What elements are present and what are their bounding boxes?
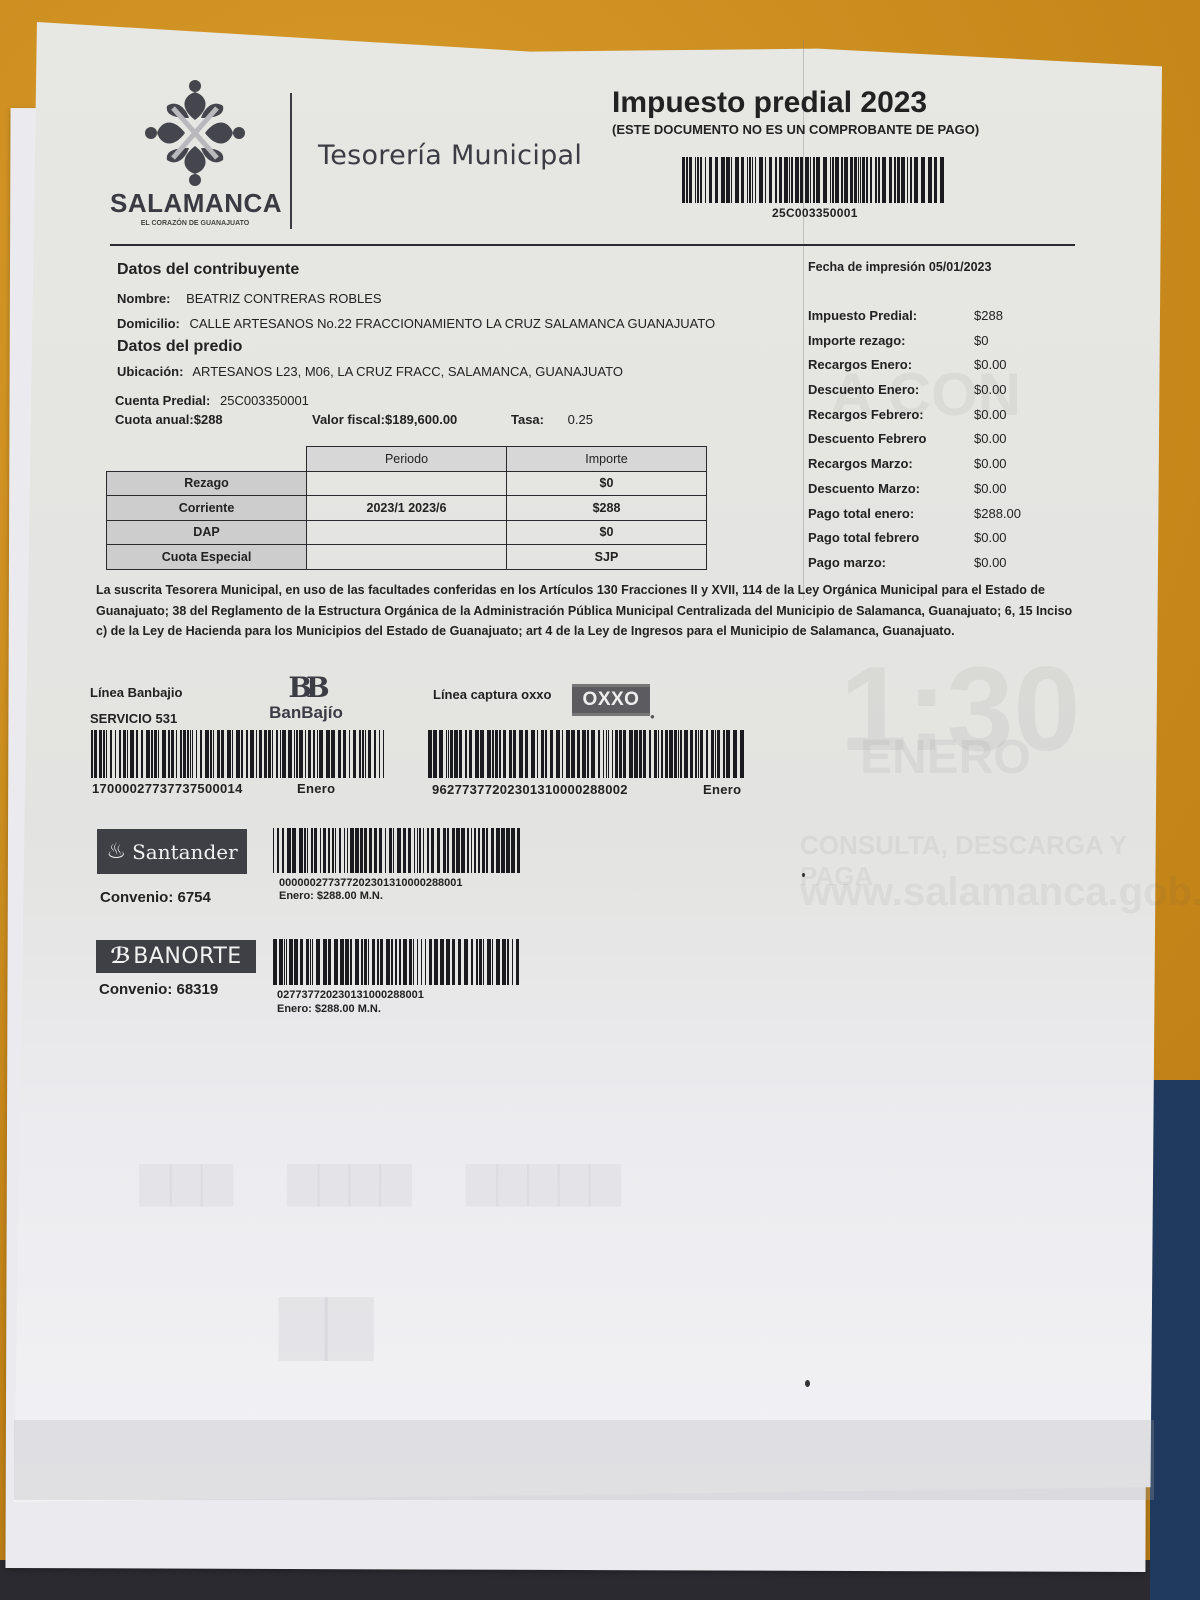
legal-text: La suscrita Tesorera Municipal, en uso d…	[96, 580, 1086, 642]
barcode-bar	[192, 730, 193, 778]
barcode-bar	[316, 939, 320, 985]
summary-row: Pago marzo:$0.00	[808, 555, 1048, 580]
barcode-bar	[374, 828, 377, 873]
barcode-bar	[171, 730, 174, 778]
account-barcode	[682, 157, 950, 203]
barcode-bar	[901, 157, 905, 203]
barcode-bar	[695, 730, 697, 778]
taxpayer-address-field: Domicilio: CALLE ARTESANOS No.22 FRACCIO…	[117, 316, 715, 331]
barcode-bar	[715, 730, 716, 778]
payment-summary: Impuesto Predial:$288Importe rezago:$0Re…	[808, 308, 1048, 580]
barcode-bar	[639, 730, 642, 778]
banbajio-month: Enero	[297, 781, 335, 796]
barcode-bar	[273, 828, 274, 873]
amount-column-header: Importe	[507, 447, 707, 472]
barcode-bar	[196, 730, 197, 778]
barcode-bar	[210, 730, 212, 778]
barcode-bar	[372, 939, 375, 985]
barcode-bar	[115, 730, 116, 778]
barcode-bar	[349, 730, 350, 778]
barcode-bar	[183, 730, 186, 778]
barcode-bar	[141, 730, 143, 778]
barcode-bar	[686, 157, 688, 203]
banorte-amount: Enero: $288.00 M.N.	[277, 1003, 381, 1016]
barcode-bar	[740, 730, 744, 778]
barcode-bar	[545, 730, 547, 778]
barcode-bar	[99, 730, 102, 778]
barcode-bar	[308, 730, 311, 778]
summary-label: Descuento Enero:	[808, 382, 919, 397]
barcode-bar	[471, 939, 473, 985]
barcode-bar	[678, 730, 679, 778]
header-divider	[290, 93, 292, 229]
barcode-bar	[437, 828, 440, 873]
barcode-bar	[429, 939, 432, 985]
barcode-bar	[598, 730, 600, 778]
barcode-bar	[288, 730, 292, 778]
barcode-bar	[715, 157, 718, 203]
barcode-bar	[682, 157, 685, 203]
barcode-bar	[813, 157, 815, 203]
paper-speck	[802, 873, 805, 877]
barcode-bar	[205, 730, 209, 778]
barcode-bar	[519, 730, 523, 778]
account-barcode-number: 25C003350001	[772, 206, 858, 220]
barcode-bar	[835, 157, 839, 203]
barcode-bar	[752, 157, 753, 203]
barcode-bar	[741, 157, 744, 203]
barcode-bar	[805, 157, 809, 203]
barcode-bar	[556, 730, 560, 778]
barcode-bar	[612, 730, 613, 778]
barcode-bar	[506, 828, 510, 873]
period-table-corner	[107, 447, 307, 472]
barcode-bar	[454, 730, 458, 778]
barcode-bar	[446, 939, 450, 985]
barcode-bar	[723, 730, 725, 778]
barcode-bar	[296, 730, 298, 778]
barcode-bar	[446, 730, 447, 778]
period-table-row: Rezago$0	[107, 471, 707, 496]
barcode-bar	[91, 730, 93, 778]
summary-value: $0	[974, 333, 988, 348]
period-table-header: Periodo Importe	[107, 447, 707, 472]
summary-row: Impuesto Predial:$288	[808, 308, 1048, 333]
barcode-bar	[858, 157, 859, 203]
barcode-bar	[700, 157, 702, 203]
summary-value: $0.00	[974, 382, 1007, 397]
row-period	[307, 520, 507, 545]
barcode-bar	[665, 730, 668, 778]
barcode-bar	[350, 828, 354, 873]
barcode-bar	[810, 157, 811, 203]
row-concept: Cuota Especial	[107, 545, 307, 570]
annual-fee: $288	[194, 412, 223, 427]
property-location-label: Ubicación:	[117, 364, 183, 379]
barcode-bar	[779, 157, 782, 203]
barcode-bar	[643, 730, 646, 778]
barcode-bar	[862, 157, 865, 203]
barcode-bar	[507, 939, 509, 985]
barcode-bar	[669, 730, 673, 778]
barcode-bar	[587, 730, 589, 778]
taxpayer-address-label: Domicilio:	[117, 316, 180, 331]
period-table-row: Corriente2023/1 2023/6$288	[107, 496, 707, 521]
barcode-bar	[452, 939, 455, 985]
oxxo-registered-mark: ●	[650, 712, 655, 721]
banbajio-line-label: Línea Banbajio	[90, 685, 182, 700]
banorte-barcode-number: 027737720230131000288001	[277, 989, 424, 1002]
row-amount: $0	[507, 471, 707, 496]
barcode-bar	[347, 828, 348, 873]
barcode-bar	[391, 939, 393, 985]
barcode-bar	[310, 939, 311, 985]
barcode-bar	[423, 828, 424, 873]
barcode-bar	[241, 730, 243, 778]
barcode-bar	[246, 730, 248, 778]
santander-name: Santander	[132, 840, 238, 864]
barcode-bar	[769, 157, 772, 203]
barcode-bar	[282, 828, 284, 873]
santander-amount: Enero: $288.00 M.N.	[279, 890, 383, 903]
barcode-bar	[680, 730, 682, 778]
barcode-bar	[268, 730, 271, 778]
barcode-bar	[654, 730, 657, 778]
barcode-bar	[314, 828, 317, 873]
barcode-bar	[397, 828, 401, 873]
barcode-bar	[106, 730, 107, 778]
barcode-bar	[299, 730, 303, 778]
salamanca-logo: SALAMANCA EL CORAZÓN DE GUANAJUATO	[110, 78, 280, 228]
barcode-bar	[550, 730, 553, 778]
oxxo-month: Enero	[703, 782, 741, 797]
barcode-bar	[784, 157, 788, 203]
barcode-bar	[882, 157, 886, 203]
banbajio-barcode-number: 17000027737737500014	[92, 781, 243, 796]
property-section-title: Datos del predio	[117, 338, 242, 356]
barcode-bar	[119, 730, 121, 778]
summary-value: $0.00	[974, 456, 1007, 471]
fiscal-value-field: Valor fiscal:$189,600.00	[312, 412, 457, 427]
barcode-bar	[294, 730, 295, 778]
barcode-bar	[287, 828, 291, 873]
barcode-bar	[480, 730, 484, 778]
barcode-bar	[731, 157, 732, 203]
barcode-bar	[307, 828, 308, 873]
summary-label: Pago marzo:	[808, 555, 886, 570]
barcode-bar	[486, 828, 488, 873]
taxpayer-section-title: Datos del contribuyente	[117, 261, 299, 279]
barcode-bar	[360, 828, 363, 873]
barcode-bar	[279, 939, 283, 985]
oxxo-line-label: Línea captura oxxo	[433, 687, 551, 702]
summary-label: Descuento Febrero	[808, 431, 926, 446]
barcode-bar	[292, 828, 296, 873]
barcode-bar	[386, 939, 390, 985]
barcode-bar	[355, 939, 359, 985]
banbajio-logo: BB BanBajío	[256, 674, 356, 723]
barcode-bar	[461, 828, 465, 873]
barcode-bar	[850, 157, 853, 203]
barcode-bar	[608, 730, 609, 778]
oxxo-barcode	[428, 730, 746, 778]
fiscal-value: $189,600.00	[385, 412, 457, 427]
barcode-bar	[717, 730, 720, 778]
barcode-bar	[439, 730, 443, 778]
barcode-bar	[286, 939, 287, 985]
barcode-bar	[280, 730, 281, 778]
barcode-bar	[368, 730, 371, 778]
barcode-bar	[136, 730, 138, 778]
barcode-bar	[759, 157, 763, 203]
oxxo-logo: OXXO	[572, 684, 650, 716]
barcode-bar	[894, 157, 896, 203]
barcode-bar	[339, 828, 341, 873]
barcode-bar	[317, 730, 318, 778]
barcode-bar	[509, 730, 512, 778]
barcode-bar	[492, 939, 493, 985]
barcode-bar	[217, 730, 220, 778]
summary-row: Descuento Marzo:$0.00	[808, 481, 1048, 506]
barcode-bar	[428, 730, 432, 778]
barcode-bar	[419, 828, 421, 873]
barcode-bar	[250, 730, 254, 778]
barcode-bar	[187, 730, 189, 778]
barcode-bar	[765, 157, 766, 203]
barcode-bar	[487, 730, 491, 778]
barcode-bar	[706, 730, 708, 778]
row-concept: Rezago	[107, 471, 307, 496]
summary-label: Recargos Marzo:	[808, 456, 913, 471]
barcode-bar	[311, 828, 313, 873]
annual-fee-field: Cuota anual:$288	[115, 412, 223, 427]
paper-speck	[805, 1380, 810, 1387]
period-table: Periodo Importe Rezago$0Corriente2023/1 …	[106, 446, 707, 570]
barcode-bar	[236, 730, 240, 778]
barcode-bar	[313, 730, 315, 778]
taxpayer-name-field: Nombre: BEATRIZ CONTRERAS ROBLES	[117, 291, 382, 306]
barcode-bar	[320, 828, 321, 873]
row-period: 2023/1 2023/6	[307, 496, 507, 521]
summary-label: Importe rezago:	[808, 333, 906, 348]
barcode-bar	[323, 939, 327, 985]
barcode-bar	[338, 730, 341, 778]
barcode-bar	[471, 828, 472, 873]
barcode-bar	[127, 730, 128, 778]
summary-value: $288.00	[974, 506, 1021, 521]
barcode-bar	[168, 730, 170, 778]
barcode-bar	[368, 939, 369, 985]
barcode-bar	[474, 828, 476, 873]
santander-logo: ♨ Santander	[97, 829, 247, 874]
barcode-bar	[103, 730, 105, 778]
barcode-bar	[889, 157, 892, 203]
document-title: Impuesto predial 2023	[612, 86, 927, 120]
barcode-bar	[499, 730, 501, 778]
barcode-bar	[854, 157, 857, 203]
barcode-bar	[841, 157, 843, 203]
taxpayer-name-label: Nombre:	[117, 291, 170, 306]
barcode-bar	[921, 157, 925, 203]
barcode-bar	[264, 730, 267, 778]
barcode-bar	[334, 939, 338, 985]
barcode-bar	[123, 730, 126, 778]
account-number: 25C003350001	[220, 393, 309, 408]
barcode-bar	[634, 730, 638, 778]
santander-flame-icon: ♨	[106, 839, 126, 864]
barcode-bar	[403, 939, 407, 985]
barcode-bar	[479, 939, 482, 985]
barcode-bar	[380, 939, 383, 985]
barcode-bar	[409, 939, 412, 985]
barcode-bar	[289, 939, 293, 985]
barcode-bar	[276, 730, 278, 778]
barcode-bar	[408, 828, 411, 873]
barcode-bar	[491, 828, 494, 873]
barcode-bar	[695, 157, 696, 203]
banorte-name: BANORTE	[133, 944, 241, 969]
barcode-bar	[658, 730, 659, 778]
barcode-bar	[300, 939, 303, 985]
barcode-bar	[487, 939, 491, 985]
barcode-bar	[649, 730, 651, 778]
barcode-bar	[478, 828, 480, 873]
barcode-bar	[800, 157, 803, 203]
barcode-bar	[511, 828, 515, 873]
period-column-header: Periodo	[307, 447, 507, 472]
barcode-bar	[870, 157, 872, 203]
santander-barcode	[273, 828, 525, 873]
barcode-bar	[443, 828, 446, 873]
barcode-bar	[483, 939, 484, 985]
barcode-bar	[866, 157, 868, 203]
barcode-bar	[747, 157, 748, 203]
barcode-bar	[421, 939, 422, 985]
summary-row: Pago total febrero$0.00	[808, 530, 1048, 555]
barcode-bar	[379, 828, 382, 873]
period-table-row: DAP$0	[107, 520, 707, 545]
print-date: Fecha de impresión 05/01/2023	[808, 260, 991, 274]
barcode-bar	[306, 939, 309, 985]
barcode-bar	[427, 828, 429, 873]
barcode-bar	[399, 939, 401, 985]
barcode-bar	[591, 730, 595, 778]
salamanca-emblem-icon	[145, 78, 245, 188]
barcode-bar	[319, 730, 323, 778]
barcode-bar	[606, 730, 607, 778]
barcode-bar	[503, 730, 506, 778]
barcode-bar	[450, 730, 453, 778]
barcode-bar	[110, 730, 112, 778]
row-period	[307, 545, 507, 570]
barcode-bar	[541, 730, 544, 778]
barcode-bar	[447, 828, 449, 873]
desk-object-blue	[1150, 1080, 1200, 1600]
barcode-bar	[154, 730, 157, 778]
summary-value: $0.00	[974, 357, 1007, 372]
barcode-bar	[158, 730, 159, 778]
barcode-bar	[844, 157, 848, 203]
barcode-bar	[176, 730, 177, 778]
barcode-bar	[571, 730, 575, 778]
barcode-bar	[566, 730, 570, 778]
summary-label: Descuento Marzo:	[808, 481, 920, 496]
row-amount: $0	[507, 520, 707, 545]
annual-fee-label: Cuota anual:	[115, 412, 194, 427]
barcode-bar	[440, 939, 444, 985]
barcode-bar	[512, 939, 513, 985]
barcode-bar	[331, 730, 335, 778]
barcode-bar	[180, 730, 182, 778]
barcode-bar	[476, 939, 478, 985]
barcode-bar	[726, 157, 730, 203]
summary-label: Pago total enero:	[808, 506, 914, 521]
barcode-bar	[860, 157, 861, 203]
barcode-bar	[374, 730, 376, 778]
santander-barcode-number: 000000277377202301310000288001	[279, 877, 463, 890]
barcode-bar	[496, 939, 500, 985]
barcode-bar	[146, 730, 150, 778]
summary-label: Recargos Enero:	[808, 357, 912, 372]
barcode-bar	[934, 157, 937, 203]
barcode-bar	[475, 730, 479, 778]
barcode-bar	[213, 730, 214, 778]
oxxo-barcode-number: 96277377202301310000288002	[432, 782, 628, 797]
rate-label: Tasa:	[511, 412, 544, 427]
barcode-bar	[897, 157, 900, 203]
barcode-bar	[364, 939, 367, 985]
barcode-bar	[200, 730, 202, 778]
barcode-bar	[684, 730, 688, 778]
barcode-bar	[259, 730, 262, 778]
barcode-bar	[577, 730, 580, 778]
barcode-bar	[721, 157, 725, 203]
barcode-bar	[452, 828, 455, 873]
barcode-bar	[362, 730, 364, 778]
banorte-logo: ℬ BANORTE	[96, 940, 256, 973]
barcode-bar	[492, 730, 494, 778]
summary-label: Impuesto Predial:	[808, 308, 917, 323]
barcode-bar	[749, 157, 751, 203]
barcode-bar	[615, 730, 618, 778]
summary-row: Recargos Enero:$0.00	[808, 357, 1048, 382]
barcode-bar	[496, 828, 500, 873]
print-date-value: 05/01/2023	[929, 260, 992, 274]
summary-value: $0.00	[974, 407, 1007, 422]
summary-row: Descuento Febrero$0.00	[808, 431, 1048, 456]
row-amount: SJP	[507, 545, 707, 570]
summary-value: $0.00	[974, 481, 1007, 496]
barcode-bar	[709, 157, 712, 203]
barcode-bar	[469, 730, 472, 778]
barcode-bar	[305, 730, 306, 778]
barcode-bar	[227, 730, 231, 778]
barcode-bar	[94, 730, 97, 778]
barcode-bar	[690, 730, 693, 778]
summary-value: $0.00	[974, 555, 1007, 570]
barcode-bar	[448, 730, 449, 778]
summary-row: Recargos Marzo:$0.00	[808, 456, 1048, 481]
department-name: Tesorería Municipal	[318, 140, 582, 171]
barcode-bar	[603, 730, 604, 778]
barcode-bar	[151, 730, 153, 778]
banbajio-barcode	[91, 730, 391, 778]
barcode-bar	[501, 828, 505, 873]
barcode-bar	[395, 939, 397, 985]
summary-row: Pago total enero:$288.00	[808, 506, 1048, 531]
barcode-bar	[345, 939, 349, 985]
rate-field: Tasa: 0.25	[511, 412, 593, 427]
